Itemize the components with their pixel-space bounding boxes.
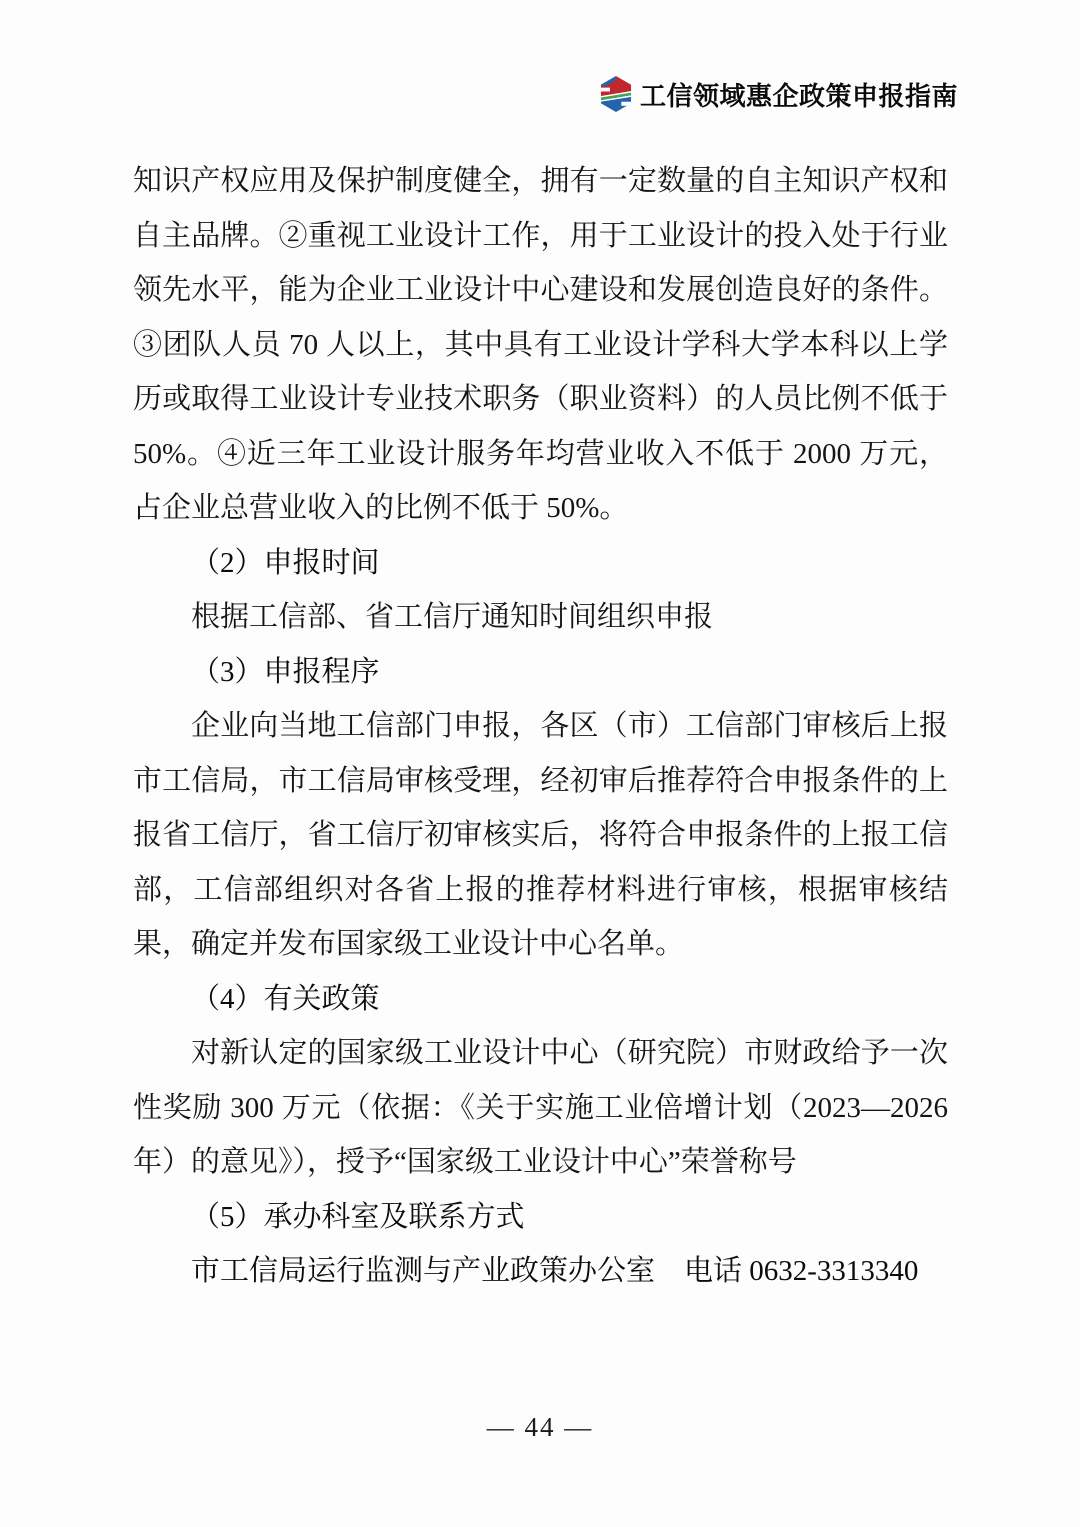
- heading-section-4-related-policy: （4）有关政策: [133, 972, 948, 1027]
- guide-logo-icon: [599, 74, 633, 114]
- paragraph-section-5-contact-phone: 市工信局运行监测与产业政策办公室 电话 0632-3313340: [133, 1244, 948, 1299]
- heading-section-5-contact: （5）承办科室及联系方式: [133, 1190, 948, 1245]
- paragraph-section-3-body: 企业向当地工信部门申报，各区（市）工信部门审核后上报市工信局，市工信局审核受理，…: [133, 699, 948, 972]
- page-header: 工信领域惠企政策申报指南: [599, 74, 958, 114]
- page-number: — 44 —: [487, 1412, 594, 1442]
- paragraph-section-4-body: 对新认定的国家级工业设计中心（研究院）市财政给予一次性奖励 300 万元（依据：…: [133, 1026, 948, 1190]
- heading-section-3-application-procedure: （3）申报程序: [133, 645, 948, 700]
- document-page: 工信领域惠企政策申报指南 知识产权应用及保护制度健全，拥有一定数量的自主知识产权…: [0, 0, 1080, 1527]
- document-body: 知识产权应用及保护制度健全，拥有一定数量的自主知识产权和自主品牌。②重视工业设计…: [133, 154, 948, 1299]
- page-footer: — 44 —: [0, 1412, 1080, 1443]
- paragraph-intro-continuation: 知识产权应用及保护制度健全，拥有一定数量的自主知识产权和自主品牌。②重视工业设计…: [133, 154, 948, 536]
- heading-section-2-application-time: （2）申报时间: [133, 536, 948, 591]
- paragraph-section-2-body: 根据工信部、省工信厅通知时间组织申报: [133, 590, 948, 645]
- header-title: 工信领域惠企政策申报指南: [640, 76, 958, 113]
